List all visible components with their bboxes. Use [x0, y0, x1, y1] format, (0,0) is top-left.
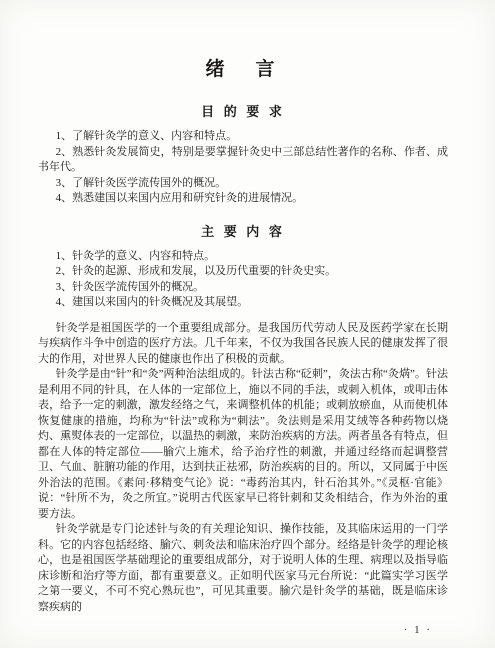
- list-item: 2、针灸的起源、形成和发展，以及历代重要的针灸史实。: [38, 264, 448, 280]
- paragraph: 针灸学是祖国医学的一个重要组成部分。是我国历代劳动人民及医药学家在长期与疾病作斗…: [38, 321, 448, 368]
- section-heading-purpose: 目 的 要 求: [38, 101, 448, 120]
- page-title: 绪 言: [38, 54, 448, 81]
- body-text: 针灸学是祖国医学的一个重要组成部分。是我国历代劳动人民及医药学家在长期与疾病作斗…: [38, 321, 448, 616]
- purpose-list: 1、了解针灸学的意义、内容和特点。 2、熟悉针灸发展简史，特别是要掌握针灸史中三…: [38, 129, 448, 207]
- list-item: 1、针灸学的意义、内容和特点。: [38, 249, 448, 265]
- list-item: 3、针灸医学流传国外的概况。: [38, 280, 448, 296]
- paragraph: 针灸学是由“针”和“灸”两种治法组成的。针法古称“砭刺”，灸法古称“灸焫”。针法…: [38, 367, 448, 522]
- main-content-list: 1、针灸学的意义、内容和特点。 2、针灸的起源、形成和发展，以及历代重要的针灸史…: [38, 249, 448, 311]
- list-item: 3、了解针灸医学流传国外的概况。: [38, 176, 448, 192]
- page-number: · 1 ·: [38, 624, 448, 636]
- paragraph: 针灸学就是专门论述针与灸的有关理论知识、操作技能，及其临床运用的一门学科。它的内…: [38, 522, 448, 615]
- section-heading-main-content: 主 要 内 容: [38, 221, 448, 240]
- book-page: 绪 言 目 的 要 求 1、了解针灸学的意义、内容和特点。 2、熟悉针灸发展简史…: [0, 0, 495, 648]
- page-content: 绪 言 目 的 要 求 1、了解针灸学的意义、内容和特点。 2、熟悉针灸发展简史…: [38, 54, 448, 636]
- list-item: 1、了解针灸学的意义、内容和特点。: [38, 129, 448, 145]
- list-item: 4、建国以来国内的针灸概况及其展望。: [38, 295, 448, 311]
- list-item: 2、熟悉针灸发展简史，特别是要掌握针灸史中三部总结性著作的名称、作者、成书年代。: [38, 145, 448, 176]
- list-item: 4、熟悉建国以来国内应用和研究针灸的进展情况。: [38, 191, 448, 207]
